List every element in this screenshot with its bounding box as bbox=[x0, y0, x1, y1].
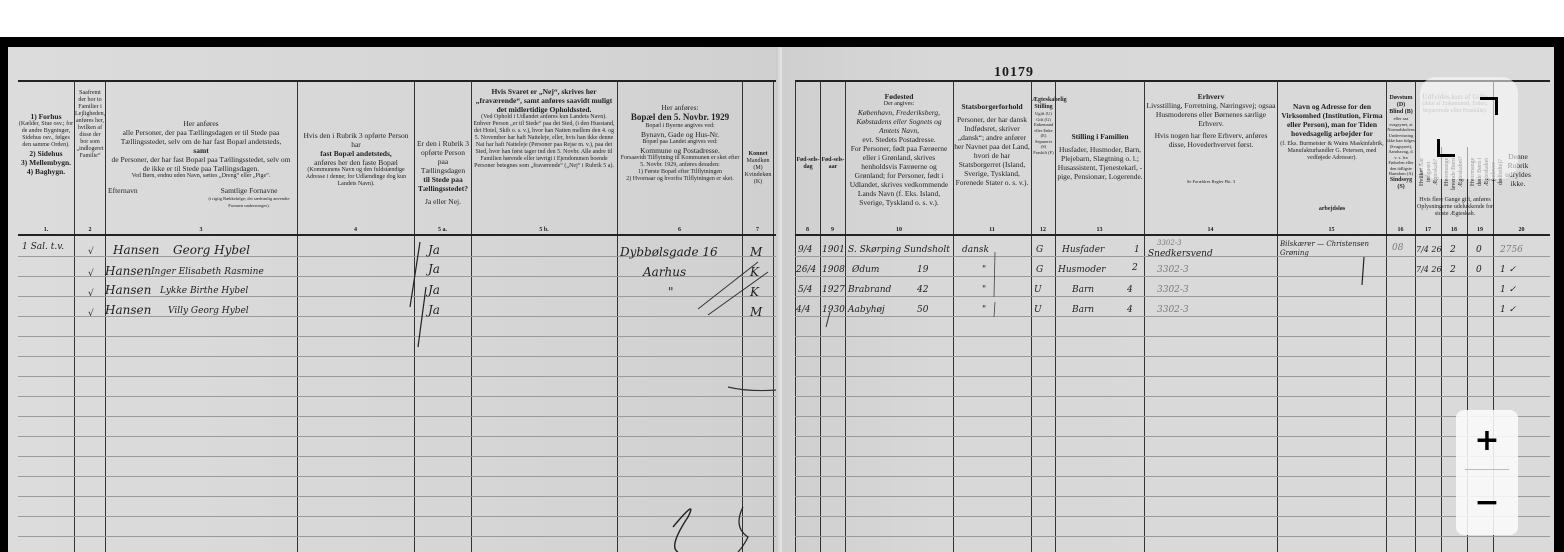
census-page-left: 1) Forhus (Kælder, Stue osv.; for de and… bbox=[8, 47, 780, 552]
zoom-divider bbox=[1465, 469, 1509, 470]
zoom-in-button[interactable]: + bbox=[1456, 410, 1518, 470]
expand-icon bbox=[1437, 139, 1455, 157]
expand-icon bbox=[1480, 97, 1498, 115]
fullscreen-button[interactable] bbox=[1420, 77, 1518, 179]
document-viewer[interactable]: 1) Forhus (Kælder, Stue osv.; for de and… bbox=[0, 37, 1564, 552]
pen-strokes bbox=[8, 47, 780, 552]
zoom-control: + − bbox=[1456, 410, 1518, 535]
zoom-out-button[interactable]: − bbox=[1456, 472, 1518, 532]
